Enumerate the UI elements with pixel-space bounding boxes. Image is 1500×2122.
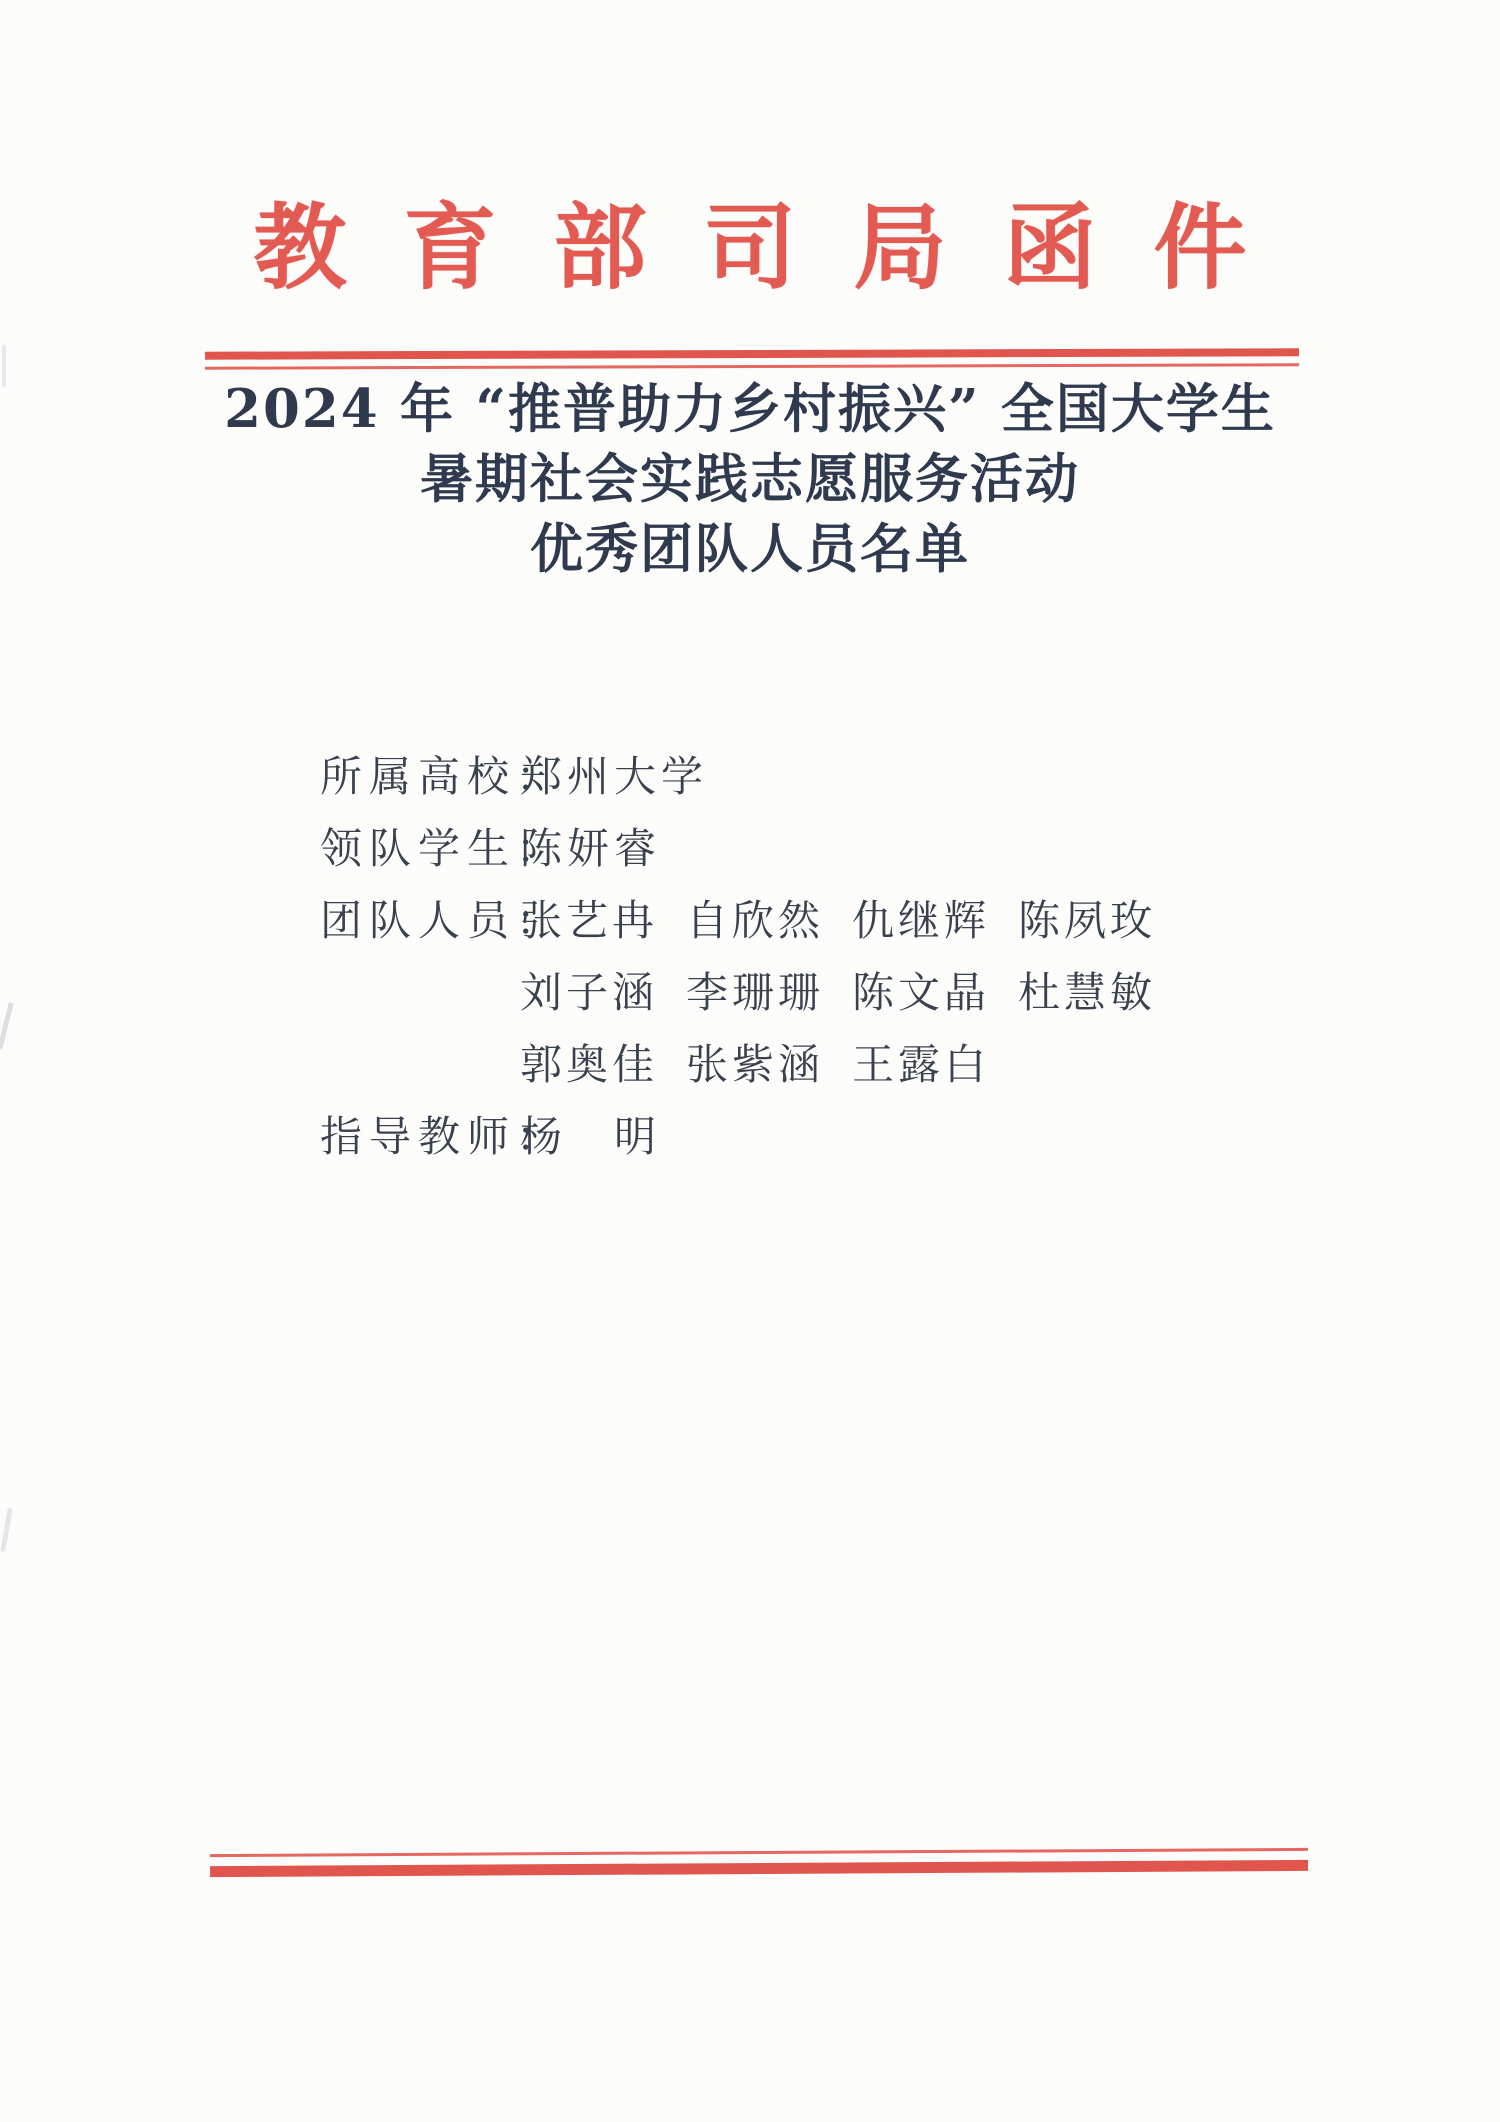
team-member-name: 陈文晶 [852,960,990,1020]
team-member-name: 张紫涵 [686,1032,824,1092]
field-row-team-1: 团队人员： 张艺冉 自欣然 仇继辉 陈夙玫 [320,888,1156,960]
footer-double-rule [210,1848,1308,1877]
field-row-advisor: 指导教师： 杨 明 [320,1104,1156,1176]
letterhead-title: 教育部司局函件 [0,188,1500,308]
scan-artifact [0,1002,14,1050]
team-member-name: 李珊珊 [686,960,824,1020]
team-roster: 所属高校： 郑州大学 领队学生： 陈妍睿 团队人员： 张艺冉 自欣然 仇继辉 陈… [320,744,1156,1176]
document-title: 2024 年 “推普助力乡村振兴” 全国大学生 暑期社会实践志愿服务活动 优秀团… [0,374,1500,584]
header-rule-thick [205,348,1299,359]
header-double-rule [205,348,1299,369]
field-row-leader: 领队学生： 陈妍睿 [320,816,1156,888]
team-member-name: 刘子涵 [520,960,658,1020]
team-names-row-1: 张艺冉 自欣然 仇继辉 陈夙玫 [520,888,1156,948]
advisor-value: 杨 明 [520,1104,661,1164]
team-member-name: 自欣然 [686,888,824,948]
leader-label: 领队学生： [320,816,520,876]
team-names-row-2: 刘子涵 李珊珊 陈文晶 杜慧敏 [520,960,1156,1020]
team-member-name: 杜慧敏 [1018,960,1156,1020]
field-row-school: 所属高校： 郑州大学 [320,744,1156,816]
scan-artifact [2,345,6,387]
footer-rule-thick [210,1860,1308,1877]
team-member-name: 张艺冉 [520,888,658,948]
field-row-team-3: 郭奥佳 张紫涵 王露白 [320,1032,1156,1104]
scan-artifact [0,1508,13,1552]
school-value: 郑州大学 [520,744,708,804]
title-line-2: 暑期社会实践志愿服务活动 [0,444,1500,514]
team-member-name: 陈夙玫 [1018,888,1156,948]
team-member-name: 王露白 [852,1032,990,1092]
advisor-label: 指导教师： [320,1104,520,1164]
team-member-name: 仇继辉 [852,888,990,948]
title-line-1: 2024 年 “推普助力乡村振兴” 全国大学生 [0,374,1500,444]
footer-rule-thin [210,1848,1308,1857]
team-names-row-3: 郭奥佳 张紫涵 王露白 [520,1032,990,1092]
header-rule-thin [205,363,1299,369]
scanned-document-page: 教育部司局函件 2024 年 “推普助力乡村振兴” 全国大学生 暑期社会实践志愿… [0,0,1500,2122]
title-line-3: 优秀团队人员名单 [0,514,1500,584]
school-label: 所属高校： [320,744,520,804]
field-row-team-2: 刘子涵 李珊珊 陈文晶 杜慧敏 [320,960,1156,1032]
leader-value: 陈妍睿 [520,816,661,876]
team-label: 团队人员： [320,888,520,948]
team-member-name: 郭奥佳 [520,1032,658,1092]
